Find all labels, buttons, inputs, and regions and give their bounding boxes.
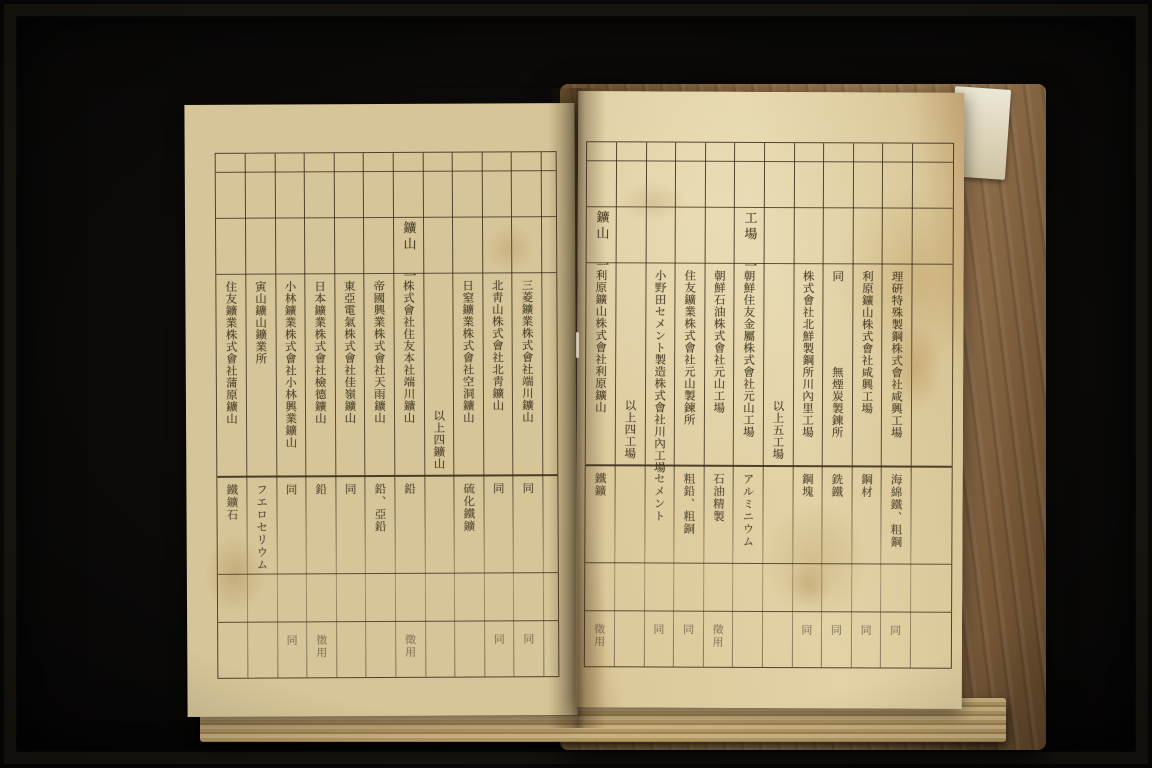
company-name-secondary: 無煙炭製鍊所 xyxy=(831,366,843,438)
company-cell: 日本鑛業株式會社檢德鑛山 xyxy=(305,274,336,474)
product-cell: 鋼材 xyxy=(851,466,881,562)
company-cell: 同無煙炭製鍊所 xyxy=(822,264,852,464)
company-cell: 以上四工場 xyxy=(615,263,645,463)
company-cell: 株式會社住友本社端川鑛山 xyxy=(393,274,424,474)
company-name: 東亞電氣株式會社佳嶺鑛山 xyxy=(343,280,355,424)
product-name: 鐵鑛石 xyxy=(226,484,238,522)
product-cell: 海綿鐵、粗鋼 xyxy=(881,466,911,562)
company-cell: 寅山鑛山鑛業所 xyxy=(245,275,276,475)
company-name: 小野田セメント製造株式會社川內工場 xyxy=(653,269,665,473)
product-name: 硫化鐵鑛 xyxy=(463,483,475,533)
status-mark: 同 xyxy=(682,624,693,637)
company-cell: 以上四鑛山 xyxy=(423,274,454,474)
section-label-cell: 工場 一 xyxy=(734,207,764,263)
product-name: 同 xyxy=(522,482,534,495)
company-name: 以上四鑛山 xyxy=(433,410,445,470)
product-cell: 同 xyxy=(483,475,513,571)
company-name: 帝國興業株式會社天雨鑛山 xyxy=(373,280,385,424)
company-name: 朝鮮住友金屬株式會社元山工場 xyxy=(742,270,754,438)
company-name: 以上四工場 xyxy=(624,399,636,459)
product-cell: 鉛、亞鉛 xyxy=(365,476,395,572)
status-cell: 同 xyxy=(673,612,703,666)
company-name: 寅山鑛山鑛業所 xyxy=(254,281,266,365)
table-row-line xyxy=(587,206,953,209)
status-mark: 同 xyxy=(653,623,664,636)
company-cell: 利原鑛山株式會社咸興工場 xyxy=(852,264,882,464)
product-name: 鉛 xyxy=(403,483,415,496)
table-row-line xyxy=(216,216,556,219)
table-row-line xyxy=(587,160,953,163)
product-name: フエロセリウム xyxy=(255,484,267,572)
status-cell: 徵用 xyxy=(306,622,336,676)
company-cell: 理硏特殊製鋼株式會社咸興工場 xyxy=(881,264,911,464)
status-mark: 徵用 xyxy=(404,634,415,659)
status-mark: 徵用 xyxy=(594,623,605,648)
right-page: 理硏特殊製鋼株式會社咸興工場海綿鐵、粗鋼同利原鑛山株式會社咸興工場鋼材同同無煙炭… xyxy=(576,91,965,709)
status-mark: 同 xyxy=(860,624,871,637)
product-cell: 粗鉛、粗銅 xyxy=(674,466,704,562)
product-cell: 鐵鑛石 xyxy=(217,477,247,573)
product-name: アルミニウム xyxy=(742,473,754,548)
product-cell: 同 xyxy=(276,476,306,572)
company-name: 住友鑛業株式會社元山製鍊所 xyxy=(683,270,695,426)
left-page-table: 三菱鑛業株式會社端川鑛山同同北靑山株式會社北靑鑛山同同日窒鑛業株式會社空洞鑛山硫… xyxy=(215,151,560,679)
product-cell: 硫化鐵鑛 xyxy=(454,475,484,571)
status-cell: 同 xyxy=(791,612,821,666)
company-name: 利原鑛山株式會社利原鑛山 xyxy=(594,269,606,413)
status-cell: 同 xyxy=(277,622,307,676)
table-row-line xyxy=(216,170,556,173)
company-name: 朝鮮石油株式會社元山工場 xyxy=(713,270,725,414)
status-mark: 同 xyxy=(523,633,534,646)
product-cell: 鐵鑛 xyxy=(585,465,615,561)
company-cell: 帝國興業株式會社天雨鑛山 xyxy=(364,274,395,474)
product-cell: 同 xyxy=(335,476,365,572)
status-mark: 同 xyxy=(830,624,841,637)
company-cell: 東亞電氣株式會社佳嶺鑛山 xyxy=(334,274,365,474)
company-name: 株式會社住友本社端川鑛山 xyxy=(402,280,414,424)
status-mark: 同 xyxy=(890,625,901,638)
status-mark: 同 xyxy=(801,624,812,637)
product-name: 同 xyxy=(492,482,504,495)
product-cell: 銑鐵 xyxy=(822,466,852,562)
product-name: 同 xyxy=(285,483,297,496)
product-name: 鋼塊 xyxy=(801,473,813,498)
company-cell: 朝鮮住友金屬株式會社元山工場 xyxy=(733,264,763,464)
status-cell: 同 xyxy=(880,612,910,666)
table-row-line xyxy=(585,562,951,565)
company-name: 北靑山株式會社北靑鑛山 xyxy=(491,279,503,411)
company-cell: 住友鑛業株式會社蒲原鑛山 xyxy=(216,275,247,475)
product-cell: フエロセリウム xyxy=(246,477,276,573)
status-mark: 徵用 xyxy=(712,624,723,649)
status-cell: 同 xyxy=(643,611,673,665)
product-name: 鉛 xyxy=(315,483,327,496)
company-cell: 日窒鑛業株式會社空洞鑛山 xyxy=(453,273,484,473)
product-name: セメント xyxy=(653,472,665,522)
company-cell: 利原鑛山株式會社利原鑛山 xyxy=(585,263,615,463)
binding-thread xyxy=(576,332,579,358)
product-cell: セメント xyxy=(644,465,674,561)
status-mark: 徵用 xyxy=(316,634,327,659)
company-cell: 株式會社北鮮製鋼所川內里工場 xyxy=(792,264,822,464)
company-name: 日本鑛業株式會社檢德鑛山 xyxy=(314,280,326,424)
company-name: 三菱鑛業株式會社端川鑛山 xyxy=(521,279,533,423)
product-cell: 鉛 xyxy=(394,476,424,572)
status-cell: 徵用 xyxy=(703,612,733,666)
company-cell: 朝鮮石油株式會社元山工場 xyxy=(704,264,734,464)
company-name: 利原鑛山株式會社咸興工場 xyxy=(861,270,873,414)
product-cell: 同 xyxy=(513,475,543,571)
product-name: 鋼材 xyxy=(860,473,872,498)
company-name: 同 xyxy=(832,270,844,282)
product-name: 鉛、亞鉛 xyxy=(374,483,386,533)
company-name: 住友鑛業株式會社蒲原鑛山 xyxy=(225,281,237,425)
company-cell: 北靑山株式會社北靑鑛山 xyxy=(482,273,513,473)
company-cell: 三菱鑛業株式會社端川鑛山 xyxy=(512,273,543,473)
product-cell: アルミニウム xyxy=(733,466,763,562)
company-name: 小林鑛業株式會社小林興業鑛山 xyxy=(284,280,296,448)
status-cell: 同 xyxy=(514,621,544,675)
product-name: 海綿鐵、粗鋼 xyxy=(890,474,902,549)
status-mark: 同 xyxy=(493,633,504,646)
product-name: 銑鐵 xyxy=(831,473,843,498)
status-cell: 徵用 xyxy=(395,622,425,676)
section-label-cell: 鑛山 一 xyxy=(586,206,616,262)
company-cell: 小林鑛業株式會社小林興業鑛山 xyxy=(275,274,306,474)
company-name: 日窒鑛業株式會社空洞鑛山 xyxy=(462,280,474,424)
status-cell: 同 xyxy=(484,621,514,675)
product-cell: 鋼塊 xyxy=(792,466,822,562)
status-cell: 徵用 xyxy=(584,611,614,665)
company-cell: 以上五工場 xyxy=(763,264,793,464)
product-name: 粗鉛、粗銅 xyxy=(683,473,695,536)
product-cell: 石油精製 xyxy=(703,466,733,562)
left-page: 三菱鑛業株式會社端川鑛山同同北靑山株式會社北靑鑛山同同日窒鑛業株式會社空洞鑛山硫… xyxy=(184,103,577,717)
company-name: 以上五工場 xyxy=(772,400,784,460)
section-label-cell: 鑛山 一 xyxy=(393,217,423,273)
status-cell: 同 xyxy=(821,612,851,666)
product-name: 鐵鑛 xyxy=(594,472,606,497)
product-cell: 鉛 xyxy=(306,476,336,572)
product-name: 同 xyxy=(344,483,356,496)
company-cell: 住友鑛業株式會社元山製鍊所 xyxy=(674,264,704,464)
company-name: 理硏特殊製鋼株式會社咸興工場 xyxy=(890,271,902,439)
status-cell: 同 xyxy=(851,612,881,666)
right-page-table: 理硏特殊製鋼株式會社咸興工場海綿鐵、粗鋼同利原鑛山株式會社咸興工場鋼材同同無煙炭… xyxy=(584,141,954,669)
company-name: 株式會社北鮮製鋼所川內里工場 xyxy=(801,270,813,438)
product-name: 石油精製 xyxy=(712,473,724,523)
status-mark: 同 xyxy=(286,634,297,647)
company-cell: 小野田セメント製造株式會社川內工場 xyxy=(644,263,674,463)
